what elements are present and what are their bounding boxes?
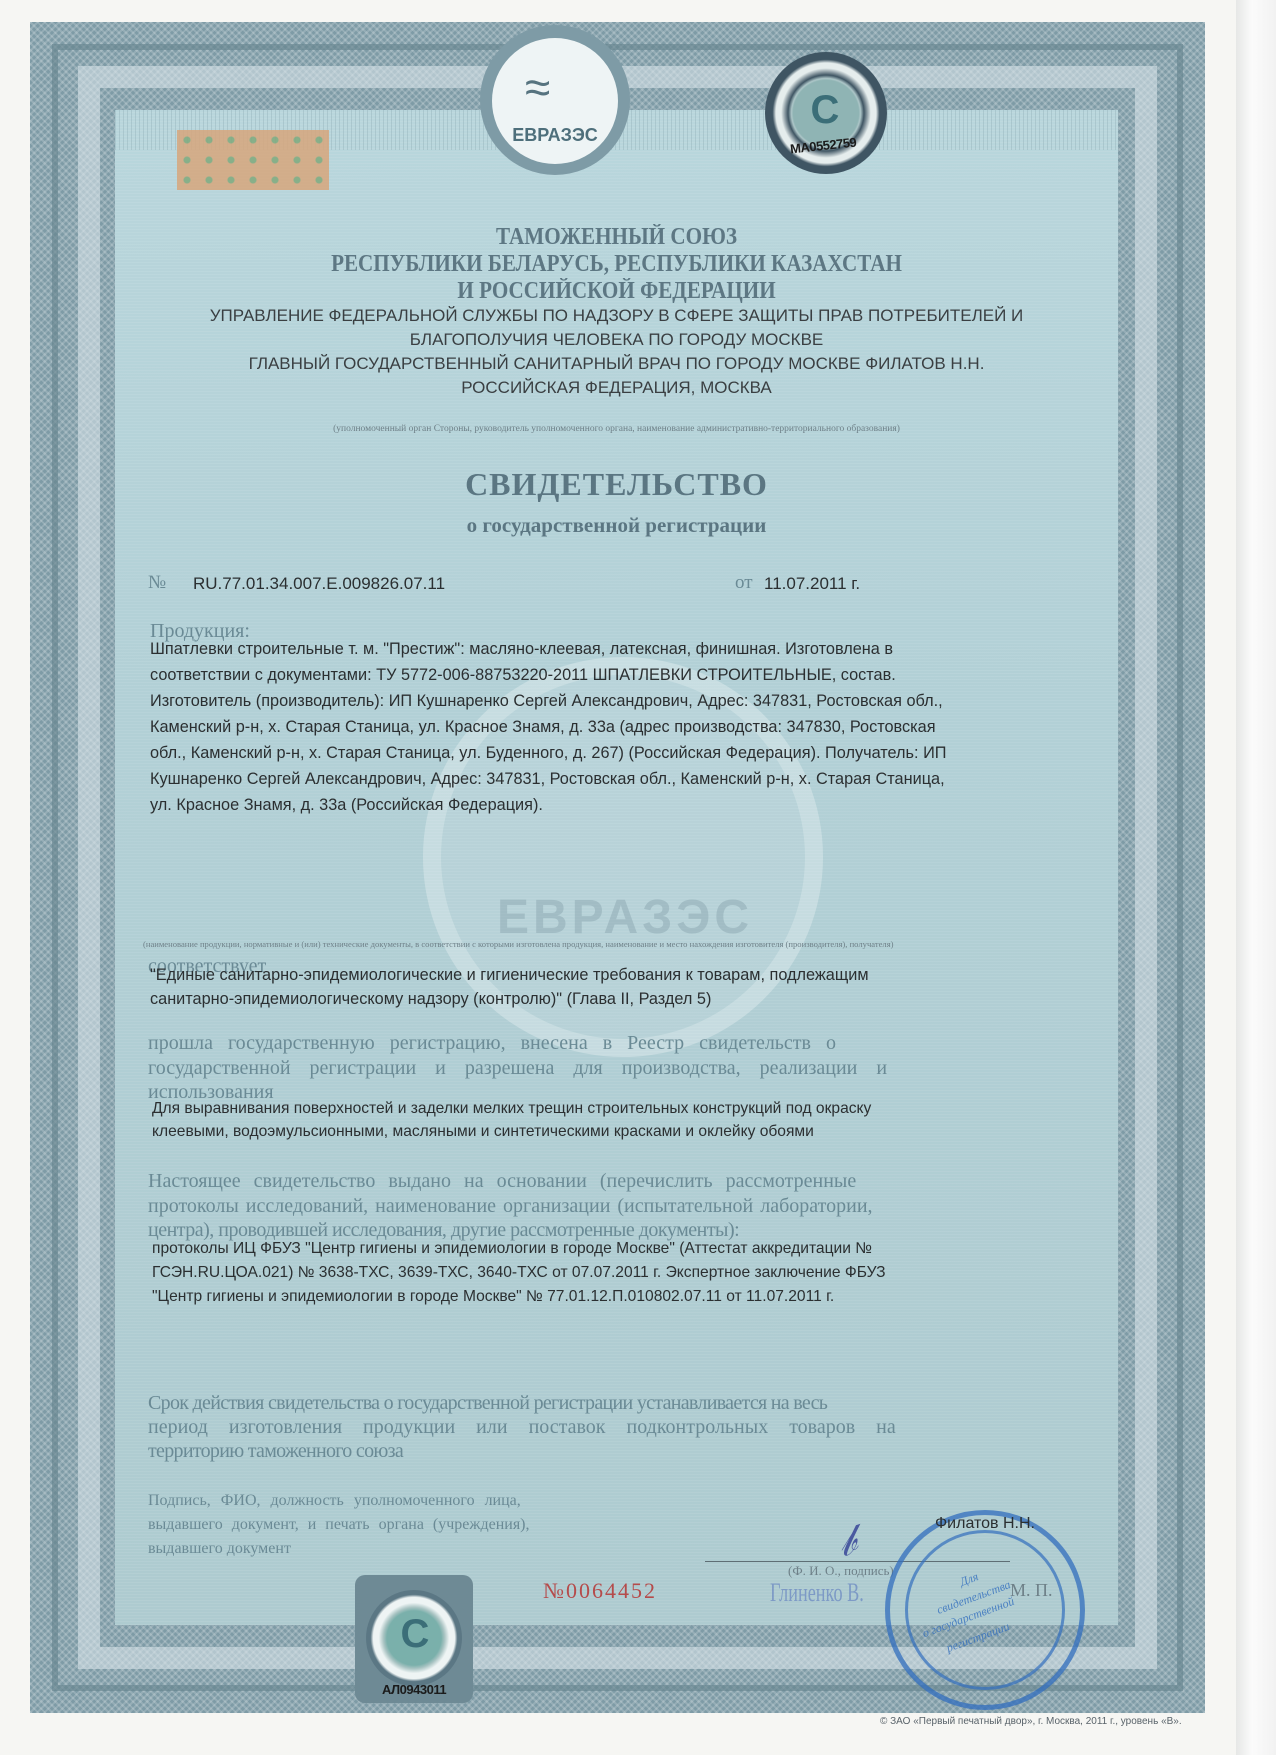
authority-line-2: БЛАГОПОЛУЧИЯ ЧЕЛОВЕКА ПО ГОРОДУ МОСКВЕ bbox=[115, 330, 1118, 350]
fio-caption: (Ф. И. О., подпись) bbox=[788, 1563, 894, 1579]
validity-line: территорию таможенного союза bbox=[148, 1440, 403, 1463]
emblem-label: ЕВРАЗЭС bbox=[492, 125, 618, 146]
usage-line: Для выравнивания поверхностей и заделки … bbox=[152, 1100, 871, 1118]
watermark-label: ЕВРАЗЭС bbox=[460, 890, 790, 945]
signature-label-line: выдавшего документ, и печать органа (учр… bbox=[148, 1516, 530, 1534]
basis-line: центра), проводившей исследования, други… bbox=[148, 1219, 739, 1242]
registered-line: прошла государственную регистрацию, внес… bbox=[148, 1032, 1103, 1055]
security-hologram-patch bbox=[177, 130, 329, 190]
union-title-line-2: РЕСПУБЛИКИ БЕЛАРУСЬ, РЕСПУБЛИКИ КАЗАХСТА… bbox=[175, 251, 1058, 278]
authority-line-1: УПРАВЛЕНИЕ ФЕДЕРАЛЬНОЙ СЛУЖБЫ ПО НАДЗОРУ… bbox=[115, 306, 1118, 326]
form-number: №0064452 bbox=[543, 1578, 657, 1604]
validity-line: Срок действия свидетельства о государств… bbox=[148, 1392, 827, 1415]
basis-value-line: протоколы ИЦ ФБУЗ "Центр гигиены и эпиде… bbox=[152, 1240, 872, 1258]
product-line: Кушнаренко Сергей Александрович, Адрес: … bbox=[150, 770, 945, 789]
document-subtitle: о государственной регистрации bbox=[115, 513, 1118, 538]
product-line: Каменский р-н, х. Старая Станица, ул. Кр… bbox=[150, 718, 936, 737]
validity-line: период изготовления продукции или постав… bbox=[148, 1416, 896, 1439]
registration-date: 11.07.2011 г. bbox=[764, 574, 860, 594]
signature-label-line: выдавшего документ bbox=[148, 1540, 291, 1558]
product-line: ул. Красное Знамя, д. 33а (Российская Фе… bbox=[150, 796, 543, 815]
emblem-mark-icon: ≈ bbox=[525, 60, 550, 114]
authority-caption: (уполномоченный орган Стороны, руководит… bbox=[115, 424, 1118, 434]
date-label: от bbox=[735, 572, 753, 594]
number-label: № bbox=[148, 572, 166, 594]
hologram-c-icon: C bbox=[390, 1612, 440, 1657]
hologram-serial-bottom: АЛ0943011 bbox=[382, 1682, 446, 1697]
product-line: Изготовитель (производитель): ИП Кушнаре… bbox=[150, 692, 943, 711]
printer-footer: © ЗАО «Первый печатный двор», г. Москва,… bbox=[880, 1716, 1182, 1727]
signer-name: Филатов Н.Н. bbox=[935, 1515, 1035, 1533]
paper-edge bbox=[1236, 0, 1276, 1755]
basis-value-line: ГСЭН.RU.ЦОА.021) № 3638-ТХС, 3639-ТХС, 3… bbox=[152, 1264, 886, 1282]
authority-line-3: ГЛАВНЫЙ ГОСУДАРСТВЕННЫЙ САНИТАРНЫЙ ВРАЧ … bbox=[115, 354, 1118, 374]
product-line: соответствии с документами: ТУ 5772-006-… bbox=[150, 666, 896, 685]
basis-line: Настоящее свидетельство выдано на основа… bbox=[148, 1170, 856, 1193]
hologram-c-icon: C bbox=[800, 88, 850, 133]
registered-line: государственной регистрации и разрешена … bbox=[148, 1057, 887, 1080]
conformity-line: санитарно-эпидемиологическому надзору (к… bbox=[150, 990, 711, 1009]
basis-line: протоколы исследований, наименование орг… bbox=[148, 1195, 873, 1218]
product-line: обл., Каменский р-н, х. Старая Станица, … bbox=[150, 744, 947, 763]
usage-line: клеевыми, водоэмульсионными, масляными и… bbox=[152, 1123, 814, 1141]
document-title: СВИДЕТЕЛЬСТВО bbox=[115, 466, 1118, 503]
authority-line-4: РОССИЙСКАЯ ФЕДЕРАЦИЯ, МОСКВА bbox=[115, 378, 1118, 398]
union-title-line-3: И РОССИЙСКОЙ ФЕДЕРАЦИИ bbox=[175, 278, 1058, 305]
union-title-line-1: ТАМОЖЕННЫЙ СОЮЗ bbox=[175, 224, 1058, 251]
product-line: Шпатлевки строительные т. м. "Престиж": … bbox=[150, 640, 893, 659]
name-stamp: Глиненко В. bbox=[770, 1578, 864, 1608]
conformity-line: "Единые санитарно-эпидемиологические и г… bbox=[150, 966, 869, 985]
product-caption: (наименование продукции, нормативные и (… bbox=[143, 939, 894, 949]
registration-number: RU.77.01.34.007.Е.009826.07.11 bbox=[193, 574, 445, 594]
signature-label-line: Подпись, ФИО, должность уполномоченного … bbox=[148, 1492, 521, 1510]
basis-value-line: "Центр гигиены и эпидемиологии в городе … bbox=[152, 1288, 834, 1306]
